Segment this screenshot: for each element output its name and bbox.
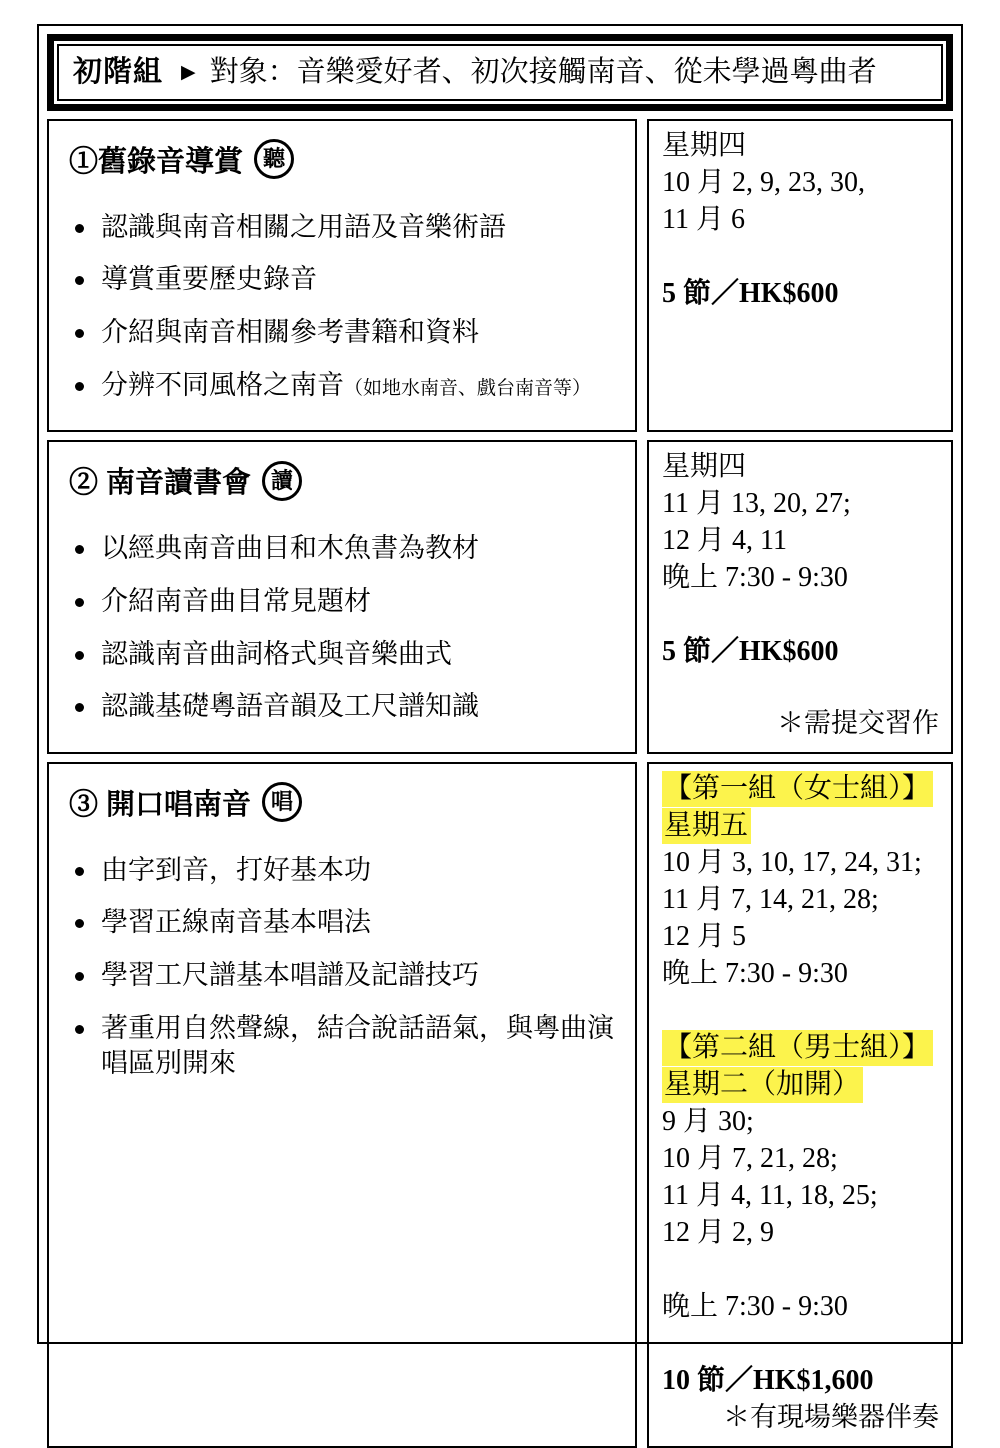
schedule-blank-line <box>662 1325 941 1362</box>
course-1-heading: ①舊錄音導賞 <box>69 139 243 180</box>
target-audience-text: 對象：音樂愛好者、初次接觸南音、從未學過粵曲者 <box>210 55 877 90</box>
course-3-heading: ③ 開口唱南音 <box>69 782 251 823</box>
sing-badge-icon: 唱 <box>262 782 302 822</box>
schedule-line: 11 月 6 <box>662 201 941 238</box>
bullet-item: 由字到音，打好基本功 <box>67 853 619 889</box>
header-banner-inner: 初階組 ▶ 對象：音樂愛好者、初次接觸南音、從未學過粵曲者 <box>57 44 943 101</box>
bullet-item: 認識基礎粵語音韻及工尺譜知識 <box>67 689 619 725</box>
bullet-item: 導賞重要歷史錄音 <box>67 262 619 298</box>
group-2-label-highlighted: 【第二組（男士組）】 <box>662 1030 933 1066</box>
bullet-item: 以經典南音曲目和木魚書為教材 <box>67 531 619 567</box>
schedule-line: 9 月 30; <box>662 1103 941 1140</box>
bullet-item: 著重用自然聲線，結合說話語氣，與粵曲演唱區別開來 <box>67 1011 619 1082</box>
schedule-blank-line <box>662 992 941 1029</box>
schedule-price-line: 5 節／HK$600 <box>662 275 941 312</box>
schedule-line: 12 月 5 <box>662 918 941 955</box>
bullet-item: 認識南音曲詞格式與音樂曲式 <box>67 637 619 673</box>
arrow-right-icon: ▶ <box>181 62 196 85</box>
bullet-item: 介紹與南音相關參考書籍和資料 <box>67 315 619 351</box>
course-row-1: ①舊錄音導賞 聽 認識與南音相關之用語及音樂術語 導賞重要歷史錄音 介紹與南音相… <box>47 119 953 433</box>
bullet-parenthetical-note: （如地水南音、戲台南音等） <box>344 378 591 399</box>
course-3-schedule-cell: 【第一組（女士組）】 星期五 10 月 3, 10, 17, 24, 31; 1… <box>647 762 953 1448</box>
course-2-schedule-cell: 星期四 11 月 13, 20, 27; 12 月 4, 11 晚上 7:30 … <box>647 440 953 754</box>
course-row-3: ③ 開口唱南音 唱 由字到音，打好基本功 學習正線南音基本唱法 學習工尺譜基本唱… <box>47 762 953 1448</box>
bullet-item: 認識與南音相關之用語及音樂術語 <box>67 210 619 246</box>
course-1-schedule-cell: 星期四 10 月 2, 9, 23, 30, 11 月 6 5 節／HK$600 <box>647 119 953 433</box>
page-frame: 初階組 ▶ 對象：音樂愛好者、初次接觸南音、從未學過粵曲者 ①舊錄音導賞 聽 認… <box>37 24 963 1344</box>
course-2-description-cell: ② 南音讀書會 讀 以經典南音曲目和木魚書為教材 介紹南音曲目常見題材 認識南音… <box>47 440 637 754</box>
group-1-label-highlighted: 【第一組（女士組）】 <box>662 771 933 807</box>
course-2-heading: ② 南音讀書會 <box>69 460 251 501</box>
schedule-group-header: 【第二組（男士組）】 <box>662 1029 941 1066</box>
course-1-bullet-list: 認識與南音相關之用語及音樂術語 導賞重要歷史錄音 介紹與南音相關參考書籍和資料 … <box>67 210 619 404</box>
schedule-blank-line <box>662 596 941 633</box>
schedule-line: 10 月 2, 9, 23, 30, <box>662 164 941 201</box>
schedule-line: 晚上 7:30 - 9:30 <box>662 955 941 992</box>
course-2-bullet-list: 以經典南音曲目和木魚書為教材 介紹南音曲目常見題材 認識南音曲詞格式與音樂曲式 … <box>67 531 619 725</box>
read-badge-icon: 讀 <box>262 461 302 501</box>
bullet-item: 學習工尺譜基本唱譜及記譜技巧 <box>67 958 619 994</box>
schedule-line: 星期四 <box>662 127 941 164</box>
homework-required-footnote: ＊需提交習作 <box>662 705 941 742</box>
course-1-description-cell: ①舊錄音導賞 聽 認識與南音相關之用語及音樂術語 導賞重要歷史錄音 介紹與南音相… <box>47 119 637 433</box>
course-3-description-cell: ③ 開口唱南音 唱 由字到音，打好基本功 學習正線南音基本唱法 學習工尺譜基本唱… <box>47 762 637 1448</box>
schedule-line: 11 月 4, 11, 18, 25; <box>662 1177 941 1214</box>
bullet-item: 介紹南音曲目常見題材 <box>67 584 619 620</box>
schedule-price-line: 5 節／HK$600 <box>662 633 941 670</box>
group-1-day-highlighted: 星期五 <box>662 808 751 844</box>
schedule-line: 11 月 13, 20, 27; <box>662 485 941 522</box>
bullet-text: 分辨不同風格之南音 <box>101 370 344 400</box>
listen-badge-icon: 聽 <box>254 139 294 179</box>
course-3-bullet-list: 由字到音，打好基本功 學習正線南音基本唱法 學習工尺譜基本唱譜及記譜技巧 著重用… <box>67 853 619 1082</box>
schedule-line: 晚上 7:30 - 9:30 <box>662 559 941 596</box>
group-level-label: 初階組 <box>73 55 163 90</box>
schedule-line: 10 月 3, 10, 17, 24, 31; <box>662 844 941 881</box>
schedule-line: 10 月 7, 21, 28; <box>662 1140 941 1177</box>
schedule-line: 11 月 7, 14, 21, 28; <box>662 881 941 918</box>
header-banner: 初階組 ▶ 對象：音樂愛好者、初次接觸南音、從未學過粵曲者 <box>47 34 953 111</box>
schedule-line: 星期四 <box>662 448 941 485</box>
schedule-price-line: 10 節／HK$1,600 <box>662 1362 941 1399</box>
bullet-item: 學習正線南音基本唱法 <box>67 905 619 941</box>
schedule-day-line: 星期二（加開） <box>662 1066 941 1103</box>
schedule-line: 晚上 7:30 - 9:30 <box>662 1288 941 1325</box>
schedule-blank-line <box>662 238 941 275</box>
course-3-title: ③ 開口唱南音 唱 <box>69 782 619 823</box>
schedule-group-header: 【第一組（女士組）】 <box>662 770 941 807</box>
schedule-line: 12 月 4, 11 <box>662 522 941 559</box>
live-accompaniment-footnote: ＊有現場樂器伴奏 <box>662 1399 941 1436</box>
schedule-line: 12 月 2, 9 <box>662 1214 941 1251</box>
group-2-day-highlighted: 星期二（加開） <box>662 1067 863 1103</box>
course-row-2: ② 南音讀書會 讀 以經典南音曲目和木魚書為教材 介紹南音曲目常見題材 認識南音… <box>47 440 953 754</box>
bullet-item: 分辨不同風格之南音（如地水南音、戲台南音等） <box>67 368 619 404</box>
course-1-title: ①舊錄音導賞 聽 <box>69 139 619 180</box>
schedule-blank-line <box>662 1251 941 1288</box>
schedule-day-line: 星期五 <box>662 807 941 844</box>
course-2-title: ② 南音讀書會 讀 <box>69 460 619 501</box>
